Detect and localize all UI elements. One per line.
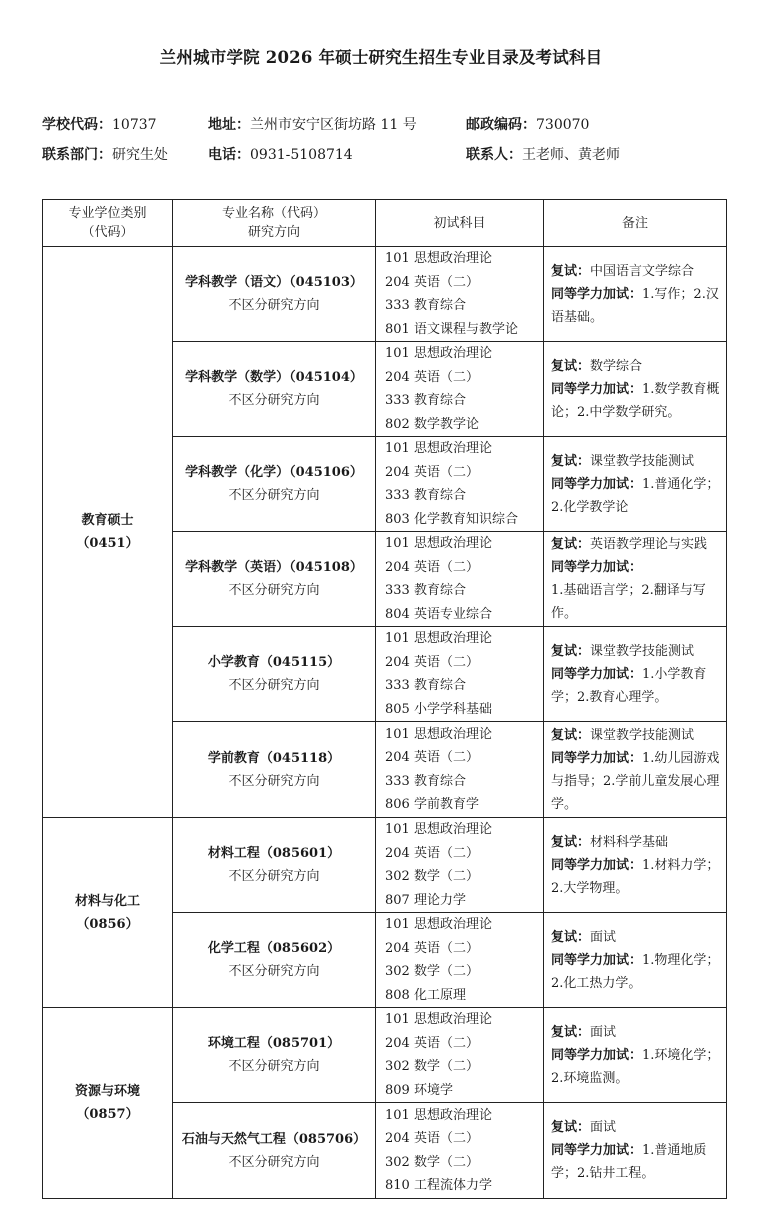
exam-subject: 204 英语（二） — [385, 366, 543, 390]
exam-subject: 204 英语（二） — [385, 1127, 543, 1151]
header-category-line1: 专业学位类别 — [43, 204, 172, 223]
header-subjects: 初试科目 — [376, 200, 544, 247]
category-name: 资源与环境 — [43, 1080, 172, 1103]
exam-subject: 101 思想政治理论 — [385, 532, 543, 556]
notes-cell: 复试：材料科学基础 同等学力加试：1.材料力学；2.大学物理。 — [544, 818, 727, 913]
postal-code-label: 邮政编码： — [466, 117, 536, 133]
exam-subject: 333 教育综合 — [385, 674, 543, 698]
contact-label: 联系人： — [466, 147, 522, 163]
exam-subject: 801 语文课程与教学论 — [385, 318, 543, 342]
exam-subject: 101 思想政治理论 — [385, 627, 543, 651]
phone-value: 0931-5108714 — [250, 147, 353, 163]
retest-label: 复试： — [551, 359, 590, 374]
table-header-row: 专业学位类别 （代码） 专业名称（代码） 研究方向 初试科目 备注 — [43, 200, 727, 247]
research-direction: 不区分研究方向 — [173, 484, 375, 507]
phone-label: 电话： — [208, 147, 250, 163]
exam-subject: 333 教育综合 — [385, 294, 543, 318]
major-cell: 学科教学（语文）（045103） 不区分研究方向 — [173, 247, 376, 342]
exam-subject: 101 思想政治理论 — [385, 1008, 543, 1032]
exam-subject: 808 化工原理 — [385, 984, 543, 1008]
subjects-cell: 101 思想政治理论204 英语（二）333 教育综合802 数学教学论 — [376, 342, 544, 437]
major-name: 学科教学（化学）（045106） — [173, 461, 375, 484]
retest-label: 复试： — [551, 1120, 590, 1135]
notes-cell: 复试：课堂教学技能测试 同等学力加试：1.小学教育学；2.教育心理学。 — [544, 627, 727, 722]
research-direction: 不区分研究方向 — [173, 389, 375, 412]
research-direction: 不区分研究方向 — [173, 960, 375, 983]
retest-value: 材料科学基础 — [590, 835, 668, 850]
department-value: 研究生处 — [112, 147, 168, 163]
retest-value: 面试 — [590, 1120, 616, 1135]
extra-exam-label: 同等学力加试： — [551, 560, 642, 575]
retest-label: 复试： — [551, 930, 590, 945]
major-cell: 环境工程（085701） 不区分研究方向 — [173, 1008, 376, 1103]
notes-cell: 复试：中国语言文学综合 同等学力加试：1.写作；2.汉语基础。 — [544, 247, 727, 342]
school-code-value: 10737 — [112, 117, 157, 133]
phone: 电话：0931-5108714 — [208, 144, 353, 164]
retest-value: 课堂教学技能测试 — [590, 728, 694, 743]
retest-label: 复试： — [551, 537, 590, 552]
notes-cell: 复试：面试 同等学力加试：1.环境化学；2.环境监测。 — [544, 1008, 727, 1103]
major-cell: 学前教育（045118） 不区分研究方向 — [173, 722, 376, 818]
contact-value: 王老师、黄老师 — [522, 147, 620, 163]
exam-subject: 333 教育综合 — [385, 579, 543, 603]
retest-label: 复试： — [551, 454, 590, 469]
retest-value: 课堂教学技能测试 — [590, 454, 694, 469]
subjects-cell: 101 思想政治理论204 英语（二）333 教育综合805 小学学科基础 — [376, 627, 544, 722]
exam-subject: 807 理论力学 — [385, 889, 543, 913]
major-name: 学科教学（语文）（045103） — [173, 271, 375, 294]
exam-subject: 101 思想政治理论 — [385, 913, 543, 937]
exam-subject: 204 英语（二） — [385, 937, 543, 961]
category-code: （0857） — [43, 1103, 172, 1126]
research-direction: 不区分研究方向 — [173, 294, 375, 317]
retest-value: 英语教学理论与实践 — [590, 537, 707, 552]
research-direction: 不区分研究方向 — [173, 579, 375, 602]
extra-exam-label: 同等学力加试： — [551, 477, 642, 492]
exam-subject: 809 环境学 — [385, 1079, 543, 1103]
address-value: 兰州市安宁区街坊路 11 号 — [250, 117, 417, 133]
subjects-cell: 101 思想政治理论204 英语（二）333 教育综合803 化学教育知识综合 — [376, 437, 544, 532]
header-notes: 备注 — [544, 200, 727, 247]
major-cell: 学科教学（数学）（045104） 不区分研究方向 — [173, 342, 376, 437]
exam-subject: 302 数学（二） — [385, 1151, 543, 1175]
table-row: 教育硕士 （0451） 学科教学（语文）（045103） 不区分研究方向 101… — [43, 247, 727, 342]
subjects-cell: 101 思想政治理论204 英语（二）302 数学（二）807 理论力学 — [376, 818, 544, 913]
research-direction: 不区分研究方向 — [173, 674, 375, 697]
exam-subject: 204 英语（二） — [385, 842, 543, 866]
header-major-line2: 研究方向 — [173, 223, 375, 242]
major-cell: 学科教学（化学）（045106） 不区分研究方向 — [173, 437, 376, 532]
extra-exam-label: 同等学力加试： — [551, 667, 642, 682]
exam-subject: 101 思想政治理论 — [385, 818, 543, 842]
major-name: 学科教学（数学）（045104） — [173, 366, 375, 389]
extra-exam-label: 同等学力加试： — [551, 858, 642, 873]
major-name: 石油与天然气工程（085706） — [173, 1128, 375, 1151]
contact-department: 联系部门：研究生处 — [42, 144, 168, 164]
header-category: 专业学位类别 （代码） — [43, 200, 173, 247]
extra-exam-label: 同等学力加试： — [551, 953, 642, 968]
subjects-cell: 101 思想政治理论204 英语（二）302 数学（二）808 化工原理 — [376, 913, 544, 1008]
exam-subject: 802 数学教学论 — [385, 413, 543, 437]
table-row: 材料与化工 （0856） 材料工程（085601） 不区分研究方向 101 思想… — [43, 818, 727, 913]
major-cell: 学科教学（英语）（045108） 不区分研究方向 — [173, 532, 376, 627]
category-code: （0856） — [43, 913, 172, 936]
subjects-cell: 101 思想政治理论204 英语（二）333 教育综合801 语文课程与教学论 — [376, 247, 544, 342]
school-code-label: 学校代码： — [42, 117, 112, 133]
exam-subject: 805 小学学科基础 — [385, 698, 543, 722]
address-label: 地址： — [208, 117, 250, 133]
exam-subject: 101 思想政治理论 — [385, 1104, 543, 1128]
retest-value: 中国语言文学综合 — [590, 264, 694, 279]
exam-subject: 803 化学教育知识综合 — [385, 508, 543, 532]
category-cell: 教育硕士 （0451） — [43, 247, 173, 818]
category-cell: 材料与化工 （0856） — [43, 818, 173, 1008]
retest-value: 数学综合 — [590, 359, 642, 374]
exam-subject: 101 思想政治理论 — [385, 437, 543, 461]
notes-cell: 复试：英语教学理论与实践 同等学力加试：1.基础语言学；2.翻译与写作。 — [544, 532, 727, 627]
exam-subject: 204 英语（二） — [385, 461, 543, 485]
major-cell: 石油与天然气工程（085706） 不区分研究方向 — [173, 1103, 376, 1199]
exam-subject: 204 英语（二） — [385, 651, 543, 675]
extra-exam-label: 同等学力加试： — [551, 1048, 642, 1063]
major-name: 小学教育（045115） — [173, 651, 375, 674]
document-title: 兰州城市学院 2026 年硕士研究生招生专业目录及考试科目 — [0, 44, 762, 68]
major-cell: 材料工程（085601） 不区分研究方向 — [173, 818, 376, 913]
retest-label: 复试： — [551, 264, 590, 279]
research-direction: 不区分研究方向 — [173, 1151, 375, 1174]
major-name: 环境工程（085701） — [173, 1032, 375, 1055]
exam-subject: 810 工程流体力学 — [385, 1174, 543, 1198]
table-row: 资源与环境 （0857） 环境工程（085701） 不区分研究方向 101 思想… — [43, 1008, 727, 1103]
exam-subject: 204 英语（二） — [385, 271, 543, 295]
extra-exam-label: 同等学力加试： — [551, 1143, 642, 1158]
major-cell: 化学工程（085602） 不区分研究方向 — [173, 913, 376, 1008]
header-category-line2: （代码） — [43, 223, 172, 242]
exam-subject: 101 思想政治理论 — [385, 342, 543, 366]
research-direction: 不区分研究方向 — [173, 1055, 375, 1078]
exam-subject: 302 数学（二） — [385, 865, 543, 889]
research-direction: 不区分研究方向 — [173, 770, 375, 793]
major-name: 学科教学（英语）（045108） — [173, 556, 375, 579]
subjects-cell: 101 思想政治理论204 英语（二）333 教育综合806 学前教育学 — [376, 722, 544, 818]
notes-cell: 复试：面试 同等学力加试：1.普通地质学；2.钻井工程。 — [544, 1103, 727, 1199]
extra-exam-value: 1.基础语言学；2.翻译与写作。 — [551, 583, 706, 621]
retest-label: 复试： — [551, 644, 590, 659]
category-code: （0451） — [43, 532, 172, 555]
retest-value: 面试 — [590, 1025, 616, 1040]
notes-cell: 复试：数学综合 同等学力加试：1.数学教育概论；2.中学数学研究。 — [544, 342, 727, 437]
exam-subject: 302 数学（二） — [385, 960, 543, 984]
exam-subject: 333 教育综合 — [385, 484, 543, 508]
postal-code: 邮政编码：730070 — [466, 114, 589, 134]
exam-subject: 806 学前教育学 — [385, 793, 543, 817]
header-major: 专业名称（代码） 研究方向 — [173, 200, 376, 247]
research-direction: 不区分研究方向 — [173, 865, 375, 888]
major-cell: 小学教育（045115） 不区分研究方向 — [173, 627, 376, 722]
extra-exam-label: 同等学力加试： — [551, 382, 642, 397]
extra-exam-label: 同等学力加试： — [551, 287, 642, 302]
notes-cell: 复试：面试 同等学力加试：1.物理化学；2.化工热力学。 — [544, 913, 727, 1008]
retest-value: 课堂教学技能测试 — [590, 644, 694, 659]
notes-cell: 复试：课堂教学技能测试 同等学力加试：1.普通化学；2.化学教学论 — [544, 437, 727, 532]
major-name: 化学工程（085602） — [173, 937, 375, 960]
subjects-cell: 101 思想政治理论204 英语（二）333 教育综合804 英语专业综合 — [376, 532, 544, 627]
category-name: 材料与化工 — [43, 890, 172, 913]
category-name: 教育硕士 — [43, 509, 172, 532]
extra-exam-label: 同等学力加试： — [551, 751, 642, 766]
exam-subject: 302 数学（二） — [385, 1055, 543, 1079]
school-code: 学校代码：10737 — [42, 114, 157, 134]
header-major-line1: 专业名称（代码） — [173, 204, 375, 223]
retest-label: 复试： — [551, 835, 590, 850]
exam-subject: 204 英语（二） — [385, 556, 543, 580]
department-label: 联系部门： — [42, 147, 112, 163]
notes-cell: 复试：课堂教学技能测试 同等学力加试：1.幼儿园游戏与指导；2.学前儿童发展心理… — [544, 722, 727, 818]
category-cell: 资源与环境 （0857） — [43, 1008, 173, 1199]
exam-subject: 333 教育综合 — [385, 389, 543, 413]
exam-subject: 804 英语专业综合 — [385, 603, 543, 627]
subjects-cell: 101 思想政治理论204 英语（二）302 数学（二）809 环境学 — [376, 1008, 544, 1103]
retest-value: 面试 — [590, 930, 616, 945]
exam-subject: 101 思想政治理论 — [385, 247, 543, 271]
subjects-cell: 101 思想政治理论204 英语（二）302 数学（二）810 工程流体力学 — [376, 1103, 544, 1199]
retest-label: 复试： — [551, 728, 590, 743]
major-name: 学前教育（045118） — [173, 747, 375, 770]
program-table: 专业学位类别 （代码） 专业名称（代码） 研究方向 初试科目 备注 教育硕士 （… — [42, 199, 727, 1199]
contact-person: 联系人：王老师、黄老师 — [466, 144, 620, 164]
exam-subject: 204 英语（二） — [385, 746, 543, 770]
exam-subject: 333 教育综合 — [385, 770, 543, 794]
address: 地址：兰州市安宁区街坊路 11 号 — [208, 114, 417, 134]
postal-code-value: 730070 — [536, 117, 589, 133]
exam-subject: 204 英语（二） — [385, 1032, 543, 1056]
major-name: 材料工程（085601） — [173, 842, 375, 865]
exam-subject: 101 思想政治理论 — [385, 723, 543, 747]
retest-label: 复试： — [551, 1025, 590, 1040]
